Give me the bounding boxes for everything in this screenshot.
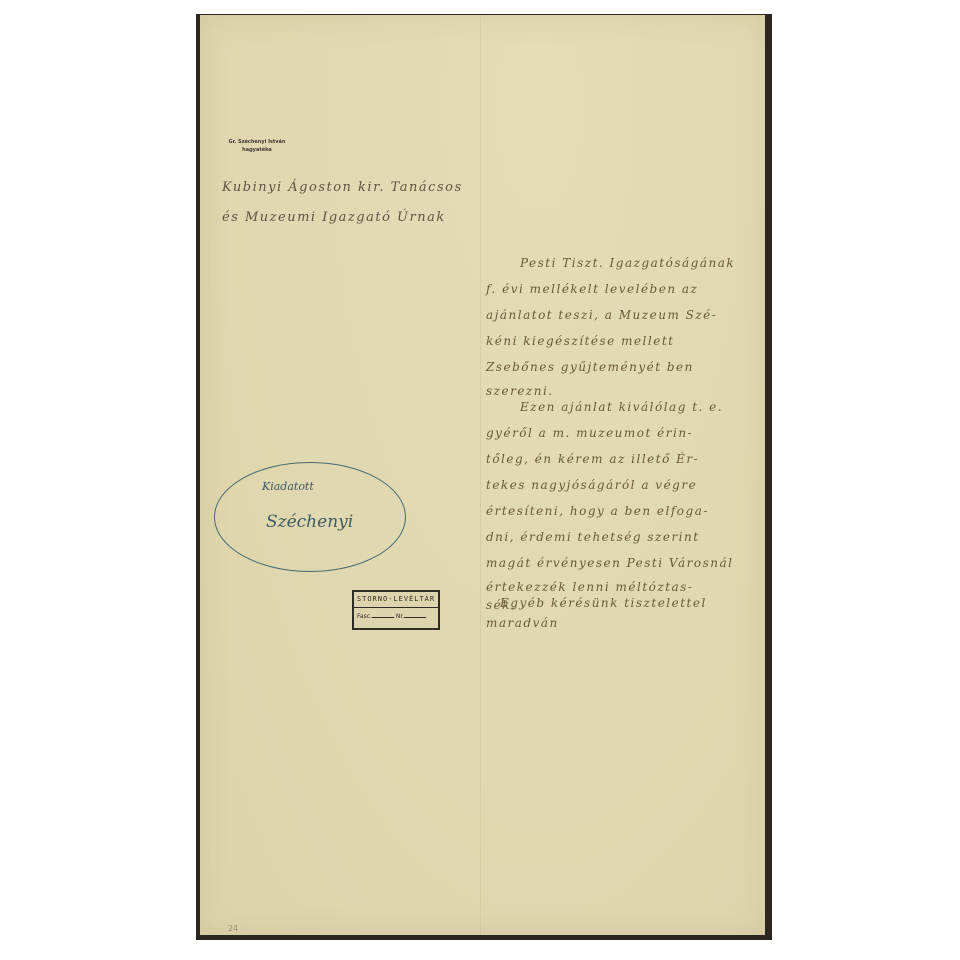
body-line: Egyéb kérésünk tisztelettel	[500, 596, 707, 610]
page-number: 24	[228, 924, 238, 933]
estate-stamp-line-2: hagyatéka	[222, 146, 292, 154]
estate-stamp: Gr. Széchenyi István hagyatéka	[222, 138, 292, 154]
body-line: szerezni.	[486, 384, 554, 398]
body-line: kéni kiegészítése mellett	[486, 334, 674, 348]
body-line: f. évi mellékelt levelében az	[486, 282, 698, 296]
address-line-1: Kubinyi Ágoston kir. Tanácsos	[222, 180, 463, 195]
archive-stamp-fields: Fasc. Nr.	[354, 608, 438, 623]
nr-label: Nr.	[396, 613, 404, 620]
dispatch-label: Kiadatott	[262, 480, 314, 493]
body-line: értesíteni, hogy a ben elfoga-	[486, 504, 709, 518]
body-line: Ezen ajánlat kiválólag t. e.	[520, 400, 723, 414]
body-line: tőleg, én kérem az illető Ér-	[486, 452, 699, 466]
body-line: tekes nagyjóságáról a végre	[486, 478, 697, 492]
archive-stamp: STORNO-LEVÉLTÁR Fasc. Nr.	[352, 590, 440, 630]
signature: Széchenyi	[266, 512, 353, 532]
body-line: gyéről a m. muzeumot érin-	[486, 426, 693, 440]
address-line-2: és Muzeumi Igazgató Úrnak	[222, 210, 446, 225]
body-line: magát érvényesen Pesti Városnál	[486, 556, 733, 570]
body-line: ajánlatot teszi, a Muzeum Szé-	[486, 308, 717, 322]
body-line: Pesti Tiszt. Igazgatóságának	[520, 256, 735, 270]
body-line: maradván	[486, 616, 559, 630]
fasc-line	[372, 611, 394, 618]
nr-line	[404, 611, 426, 618]
paper-fold	[480, 15, 481, 935]
body-line: értekezzék lenni méltóztas-	[486, 580, 693, 594]
estate-stamp-line-1: Gr. Széchenyi István	[222, 138, 292, 146]
fasc-label: Fasc.	[357, 613, 372, 620]
body-line: dni, érdemi tehetség szerint	[486, 530, 700, 544]
archive-stamp-title: STORNO-LEVÉLTÁR	[354, 592, 438, 608]
body-line: Zsebőnes gyűjteményét ben	[486, 360, 694, 374]
